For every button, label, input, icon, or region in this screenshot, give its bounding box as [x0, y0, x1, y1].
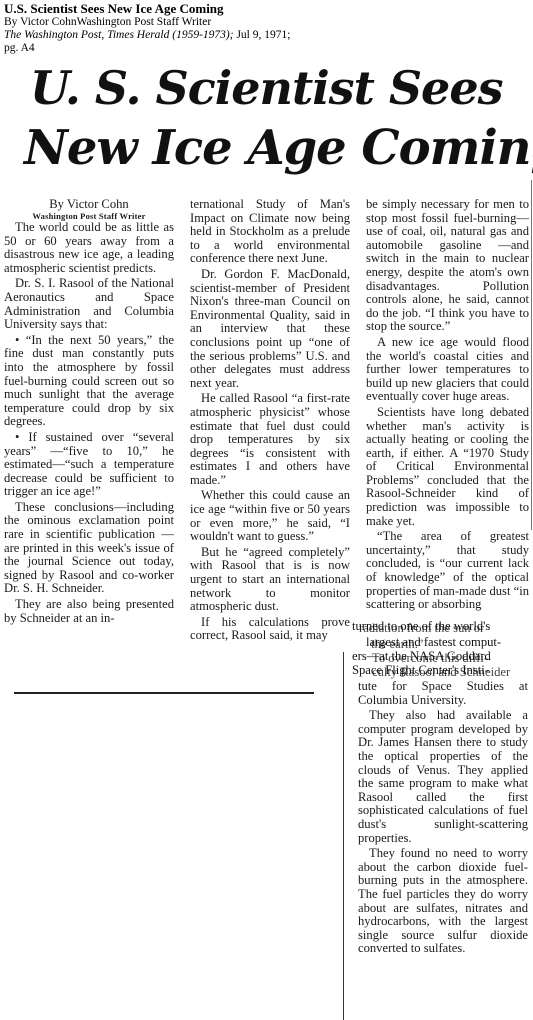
overprinted-line: culty Rasool and Schneider — [372, 666, 510, 680]
paragraph: • “In the next 50 years,” the fine dust … — [4, 334, 174, 429]
paragraph: “The area of greatest uncertainty,” that… — [366, 530, 529, 612]
citation-source-line: The Washington Post, Times Herald (1959-… — [4, 29, 290, 42]
paragraph: ternational Study of Man's Impact on Cli… — [190, 198, 350, 266]
paragraph: He called Rasool “a first-rate atmospher… — [190, 392, 350, 487]
column-end-rule — [14, 692, 314, 694]
paragraph: If his calculations prove correct, Rasoo… — [190, 616, 350, 643]
paragraph: They also had available a computer progr… — [358, 709, 528, 845]
citation-source: The Washington Post, Times Herald (1959-… — [4, 29, 234, 41]
paragraph: But he “agreed completely” with Rasool t… — [190, 546, 350, 614]
author-byline: By Victor Cohn — [4, 198, 174, 211]
headline-line-1: U. S. Scientist Sees — [30, 58, 533, 118]
paragraph: • If sustained over “several years” —“fi… — [4, 431, 174, 499]
page-edge-rule — [531, 180, 532, 530]
paragraph: The world could be as little as 50 or 60… — [4, 221, 174, 275]
citation-page: pg. A4 — [4, 42, 290, 55]
paragraph: They are also being presented by Schneid… — [4, 598, 174, 625]
column-divider — [343, 652, 344, 1020]
article-column-2: ternational Study of Man's Impact on Cli… — [190, 198, 350, 643]
paragraph: They found no need to worry about the ca… — [358, 847, 528, 956]
article-column-3-continued: tute for Space Studies at Columbia Unive… — [358, 680, 528, 956]
headline-line-2: New Ice Age Coming — [24, 118, 533, 178]
article-column-1: By Victor Cohn Washington Post Staff Wri… — [4, 198, 174, 625]
citation-header: U.S. Scientist Sees New Ice Age Coming B… — [4, 2, 290, 55]
paragraph: These conclusions—including the ominous … — [4, 501, 174, 596]
overprinted-line: radiation from the sun or — [359, 622, 484, 636]
citation-byline: By Victor CohnWashington Post Staff Writ… — [4, 16, 290, 29]
paragraph: tute for Space Studies at Columbia Unive… — [358, 680, 528, 707]
paragraph: be simply necessary for men to stop most… — [366, 198, 529, 334]
headline: U. S. Scientist Sees New Ice Age Coming — [30, 58, 533, 178]
citation-title: U.S. Scientist Sees New Ice Age Coming — [4, 2, 290, 16]
paragraph: Whether this could cause an ice age “wit… — [190, 489, 350, 543]
article-column-3: be simply necessary for men to stop most… — [366, 198, 529, 612]
paragraph: Dr. Gordon F. MacDonald, scientist-membe… — [190, 268, 350, 390]
citation-date: Jul 9, 1971; — [234, 29, 291, 41]
paragraph: A new ice age would flood the world's co… — [366, 336, 529, 404]
paragraph: Dr. S. I. Rasool of the National Aeronau… — [4, 277, 174, 331]
paragraph: Scientists have long debated whether man… — [366, 406, 529, 528]
